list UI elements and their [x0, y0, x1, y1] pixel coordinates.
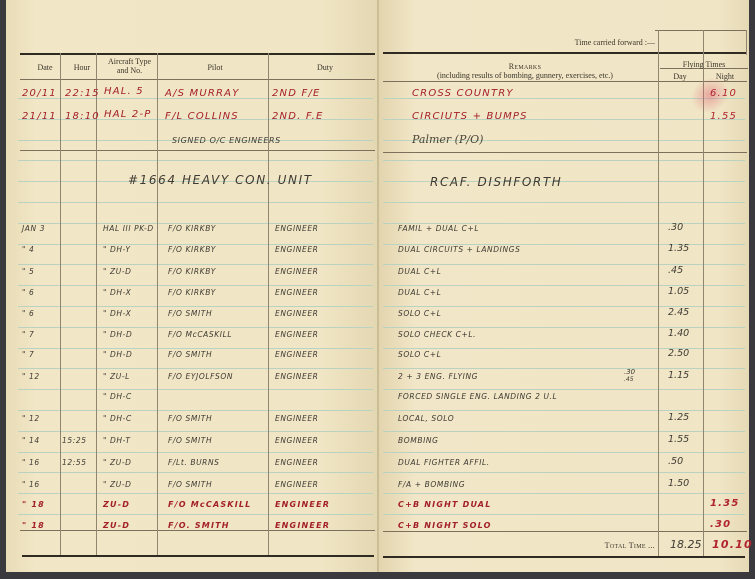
entry-date: " 7 [22, 350, 34, 359]
entry-remarks: CIRCIUTS + BUMPS [412, 111, 528, 122]
entry-aircraft: HAL. 5 [104, 86, 144, 97]
entry-date: 21/11 [22, 111, 57, 122]
entry-aircraft: " ZU-D [103, 458, 132, 467]
entry-duty: ENGINEER [275, 480, 318, 489]
header-hour: Hour [66, 63, 98, 72]
book-spine [377, 0, 379, 572]
entry-duty: ENGINEER [275, 500, 330, 509]
entry-night-time: .30 [710, 519, 731, 530]
entry-aircraft: " DH-X [103, 288, 131, 297]
entry-hour: 15:25 [62, 436, 87, 445]
entry-pilot: F/O SMITH [168, 436, 212, 445]
entry-date: " 16 [22, 458, 40, 467]
entry-date: " 5 [22, 267, 34, 276]
entry-day-time: 1.55 [668, 434, 689, 445]
header-remarks: Remarks [400, 62, 650, 71]
entry-pilot: F/O SMITH [168, 309, 212, 318]
entry-aircraft: " DH-C [103, 414, 132, 423]
entry-duty: ENGINEER [275, 245, 318, 254]
signed-oc-engineers: SIGNED O/C ENGINEERS [172, 136, 281, 145]
entry-date: " 12 [22, 372, 40, 381]
entry-date: " 18 [22, 521, 45, 530]
entry-pilot: F/O KIRKBY [168, 224, 216, 233]
entry-aircraft: " DH-D [103, 330, 132, 339]
entry-day-time: 2.50 [668, 348, 689, 359]
entry-aircraft: " ZU-D [103, 480, 132, 489]
entry-day-time: 1.15 [668, 370, 689, 381]
entry-aircraft: " ZU-D [103, 267, 132, 276]
entry-remarks: SOLO C+L [398, 309, 441, 318]
header-pilot: Pilot [165, 63, 265, 72]
entry-side-note: .45 [624, 376, 634, 383]
entry-remarks: SOLO C+L [398, 350, 441, 359]
entry-pilot: F/O KIRKBY [168, 267, 216, 276]
entry-night-time: 1.55 [710, 111, 737, 122]
entry-date: " 14 [22, 436, 40, 445]
entry-remarks: LOCAL, SOLO [398, 414, 454, 423]
entry-day-time: .50 [668, 456, 683, 467]
entry-day-time: 1.50 [668, 478, 689, 489]
entry-date: " 7 [22, 330, 34, 339]
entry-pilot: F/O. SMITH [168, 521, 230, 530]
entry-duty: ENGINEER [275, 330, 318, 339]
entry-date: " 18 [22, 500, 45, 509]
header-flying-times: Flying Times [660, 60, 748, 69]
officer-signature: Palmer (P/O) [412, 133, 483, 146]
entry-date: " 6 [22, 309, 34, 318]
entry-aircraft: HAL 2-P [104, 109, 152, 120]
entry-pilot: F/O SMITH [168, 480, 212, 489]
entry-night-time: 6.10 [710, 88, 737, 99]
unit-heading: #1664 HEAVY CON. UNIT [128, 173, 313, 187]
entry-day-time: 1.40 [668, 328, 689, 339]
entry-duty: ENGINEER [275, 350, 318, 359]
entry-pilot: F/O McCASKILL [168, 500, 251, 509]
entry-aircraft: " DH-Y [103, 245, 131, 254]
entry-date: 20/11 [22, 88, 57, 99]
entry-duty: ENGINEER [275, 372, 318, 381]
entry-remarks: FORCED SINGLE ENG. LANDING 2 U.L [398, 392, 557, 401]
station-heading: RCAF. DISHFORTH [430, 175, 562, 189]
entry-day-time: 1.25 [668, 412, 689, 423]
entry-remarks: F/A + BOMBING [398, 480, 465, 489]
entry-duty: 2ND F/E [272, 88, 321, 99]
time-carried-forward-label: Time carried forward :— [545, 38, 655, 47]
entry-duty: ENGINEER [275, 414, 318, 423]
entry-duty: 2ND. F.E [272, 111, 323, 122]
header-top-rule-right [383, 52, 747, 54]
entry-hour: 12:55 [62, 458, 87, 467]
entry-day-time: .45 [668, 265, 683, 276]
entry-remarks: DUAL CIRCUITS + LANDINGS [398, 245, 520, 254]
entry-date: " 16 [22, 480, 40, 489]
entry-remarks: DUAL C+L [398, 288, 441, 297]
entry-aircraft: ZU-D [103, 521, 130, 530]
entry-remarks: BOMBING [398, 436, 439, 445]
entry-remarks: SOLO CHECK C+L. [398, 330, 476, 339]
entry-aircraft: HAL III PK-D [103, 224, 154, 233]
entry-duty: ENGINEER [275, 288, 318, 297]
entry-pilot: A/S MURRAY [165, 88, 240, 99]
header-aircraft: Aircraft Type and No. [102, 57, 157, 75]
entry-day-time: .30 [668, 222, 683, 233]
entry-night-time: 1.35 [710, 498, 739, 509]
entry-remarks: C+B NIGHT SOLO [398, 521, 492, 530]
total-day-time: 18.25 [670, 538, 702, 551]
entry-duty: ENGINEER [275, 458, 318, 467]
entry-pilot: F/L COLLINS [165, 111, 239, 122]
entry-pilot: F/O SMITH [168, 350, 212, 359]
entry-pilot: F/O McCASKILL [168, 330, 232, 339]
entry-pilot: F/Lt. BURNS [168, 458, 220, 467]
entry-remarks: 2 + 3 ENG. FLYING [398, 372, 478, 381]
entry-date: JAN 3 [22, 224, 45, 233]
header-top-rule [20, 53, 375, 55]
entry-aircraft: " DH-T [103, 436, 131, 445]
entry-duty: ENGINEER [275, 267, 318, 276]
entry-pilot: F/O SMITH [168, 414, 212, 423]
entry-day-time: 2.45 [668, 307, 689, 318]
entry-duty: ENGINEER [275, 224, 318, 233]
entry-pilot: F/O KIRKBY [168, 288, 216, 297]
entry-remarks: FAMIL + DUAL C+L [398, 224, 479, 233]
entry-duty: ENGINEER [275, 521, 330, 530]
entry-pilot: F/O KIRKBY [168, 245, 216, 254]
entry-day-time: 1.05 [668, 286, 689, 297]
entry-date: " 4 [22, 245, 34, 254]
entry-day-time: 1.35 [668, 243, 689, 254]
header-remarks-sub: (including results of bombing, gunnery, … [390, 71, 660, 80]
entry-aircraft: ZU-D [103, 500, 130, 509]
entry-aircraft: " ZU-L [103, 372, 130, 381]
header-date: Date [30, 63, 60, 72]
total-time-label: Total Time ... [565, 541, 655, 550]
entry-hour: 22:15 [65, 88, 100, 99]
entry-aircraft: " DH-C [103, 392, 132, 401]
entry-remarks: DUAL FIGHTER AFFIL. [398, 458, 490, 467]
header-day: Day [660, 72, 700, 81]
entry-duty: ENGINEER [275, 436, 318, 445]
entry-pilot: F/O EYJOLFSON [168, 372, 233, 381]
total-night-time: 10.10 [712, 538, 753, 551]
entry-aircraft: " DH-X [103, 309, 131, 318]
entry-remarks: DUAL C+L [398, 267, 441, 276]
entry-aircraft: " DH-D [103, 350, 132, 359]
entry-date: " 12 [22, 414, 40, 423]
entry-remarks: CROSS COUNTRY [412, 88, 514, 99]
entry-remarks: C+B NIGHT DUAL [398, 500, 492, 509]
header-duty: Duty [270, 63, 380, 72]
entry-side-note: .30 [624, 368, 635, 376]
entry-hour: 18:10 [65, 111, 100, 122]
entry-duty: ENGINEER [275, 309, 318, 318]
entry-date: " 6 [22, 288, 34, 297]
